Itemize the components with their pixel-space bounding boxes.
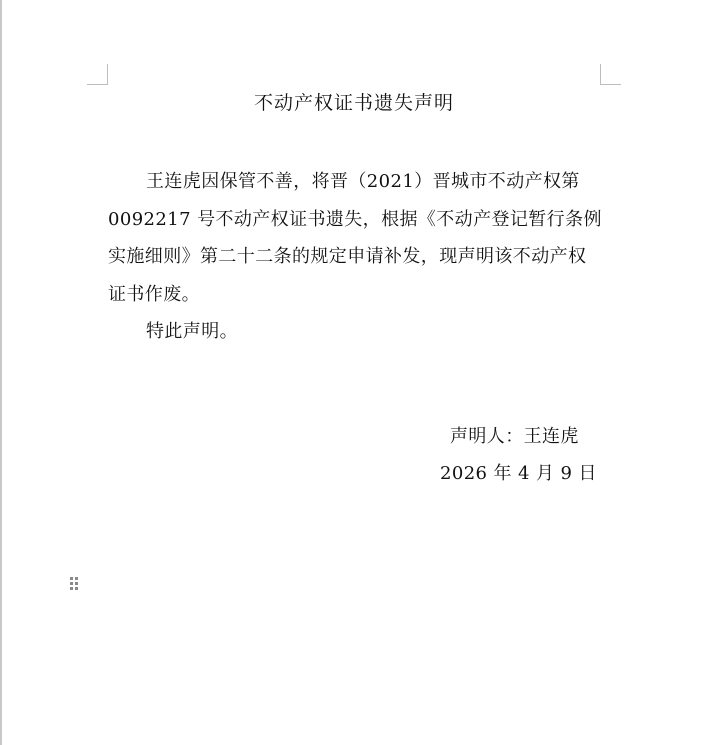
document-title[interactable]: 不动产权证书遗失声明 xyxy=(0,90,701,116)
body-line-4: 证书作废。 xyxy=(108,276,604,314)
body-line-2: 0092217 号不动产权证书遗失，根据《不动产登记暂行条例 xyxy=(108,201,604,239)
margin-corner-top-right xyxy=(600,64,621,85)
drag-handle-icon[interactable] xyxy=(70,577,80,591)
document-body[interactable]: 王连虎因保管不善，将晋（2021）晋城市不动产权第 0092217 号不动产权证… xyxy=(108,163,604,351)
body-line-3: 实施细则》第二十二条的规定申请补发，现声明该不动产权 xyxy=(108,238,604,276)
closing-paragraph[interactable]: 特此声明。 xyxy=(108,313,604,351)
body-line-1: 王连虎因保管不善，将晋（2021）晋城市不动产权第 xyxy=(108,163,604,201)
body-paragraph[interactable]: 王连虎因保管不善，将晋（2021）晋城市不动产权第 0092217 号不动产权证… xyxy=(108,163,604,313)
signer-line[interactable]: 声明人：王连虎 xyxy=(450,423,579,451)
margin-corner-top-left xyxy=(87,64,108,85)
date-line[interactable]: 2026 年 4 月 9 日 xyxy=(440,460,597,488)
